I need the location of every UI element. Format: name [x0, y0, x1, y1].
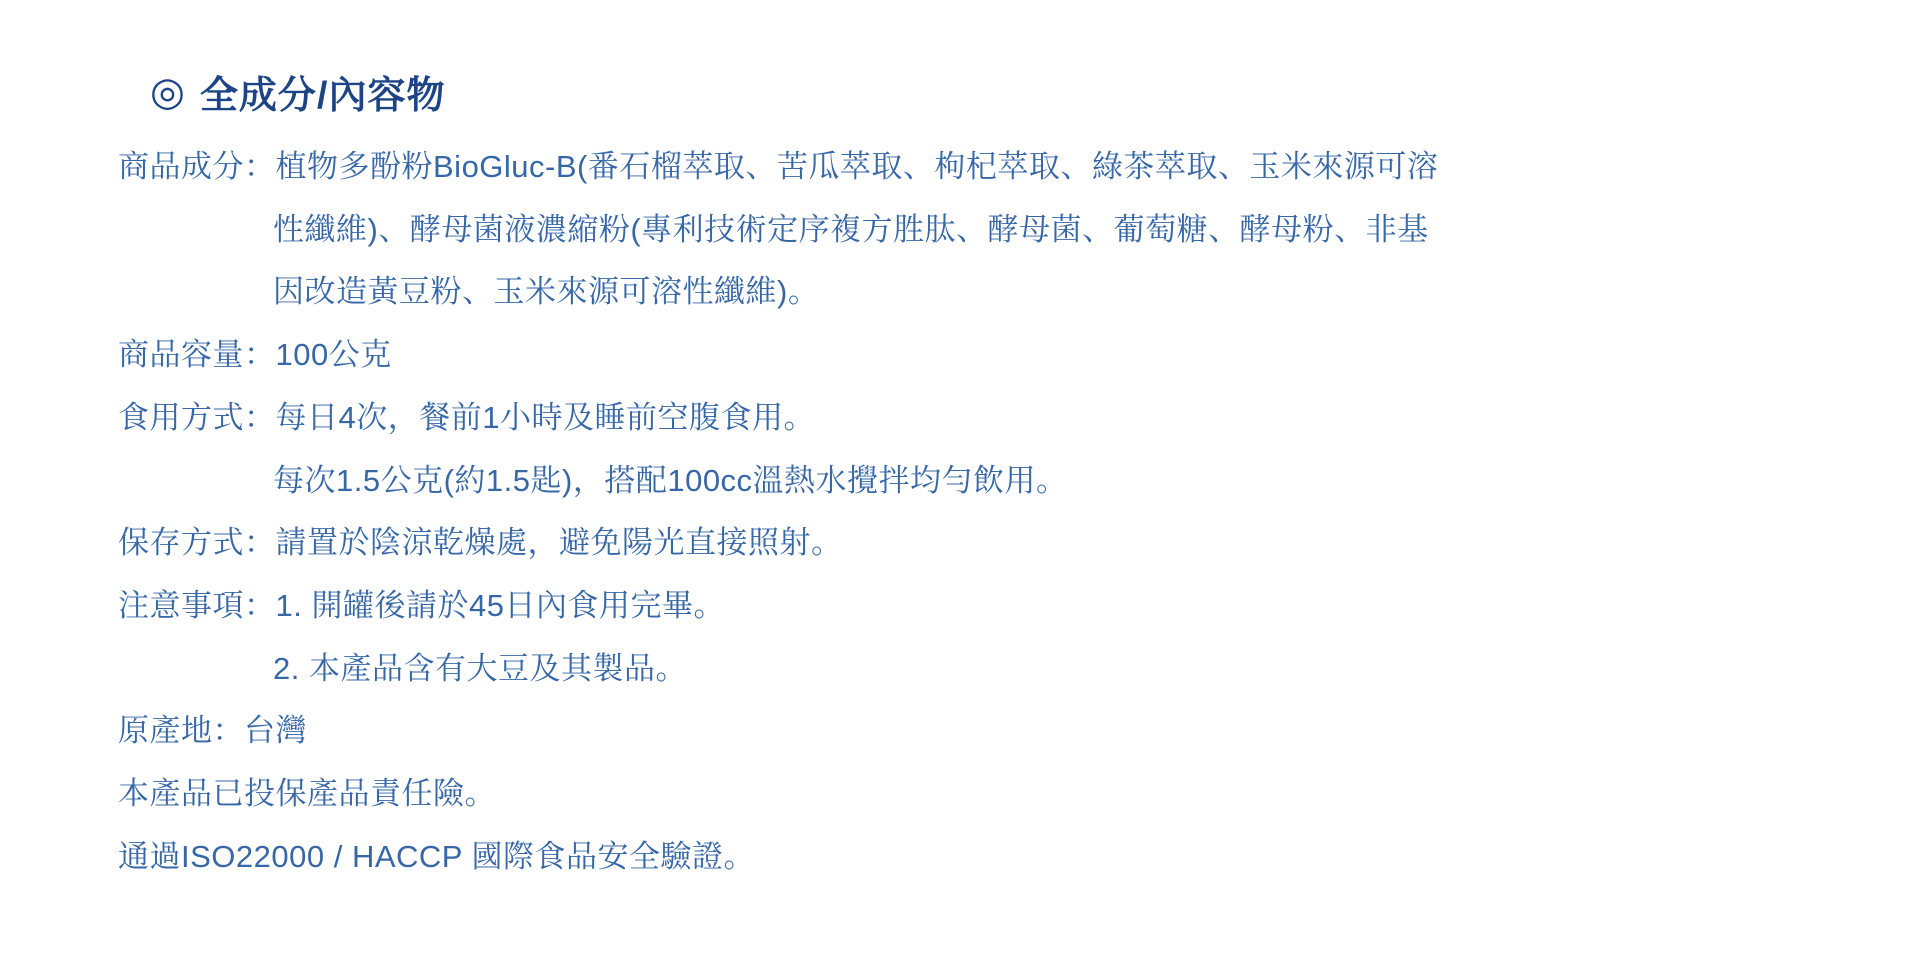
detail-text: 100公克 — [276, 337, 392, 372]
detail-line: 食用方式：每日4次，餐前1小時及睡前空腹食用。 — [118, 387, 1878, 450]
detail-text: 植物多酚粉BioGluc-B(番石榴萃取、苦瓜萃取、枸杞萃取、綠茶萃取、玉米來源… — [276, 149, 1439, 184]
section-title: 全成分/內容物 — [200, 64, 446, 119]
detail-text: 每日4次，餐前1小時及睡前空腹食用。 — [276, 400, 815, 435]
detail-text: 1. 開罐後請於45日內食用完畢。 — [276, 588, 725, 623]
detail-line: 2. 本產品含有大豆及其製品。 — [118, 638, 1878, 701]
product-details: 商品成分：植物多酚粉BioGluc-B(番石榴萃取、苦瓜萃取、枸杞萃取、綠茶萃取… — [118, 136, 1878, 888]
detail-line: 商品容量：100公克 — [118, 324, 1878, 387]
detail-line: 商品成分：植物多酚粉BioGluc-B(番石榴萃取、苦瓜萃取、枸杞萃取、綠茶萃取… — [118, 136, 1878, 199]
detail-line: 注意事項：1. 開罐後請於45日內食用完畢。 — [118, 575, 1878, 638]
detail-text: 因改造黃豆粉、玉米來源可溶性纖維)。 — [273, 274, 819, 309]
detail-text: 台灣 — [244, 713, 307, 748]
detail-label: 注意事項： — [118, 588, 276, 623]
detail-text: 2. 本產品含有大豆及其製品。 — [273, 651, 687, 686]
section-heading: ◎ 全成分/內容物 — [150, 64, 445, 119]
detail-text: 請置於陰涼乾燥處，避免陽光直接照射。 — [276, 525, 843, 560]
detail-line: 因改造黃豆粉、玉米來源可溶性纖維)。 — [118, 261, 1878, 324]
detail-text: 每次1.5公克(約1.5匙)，搭配100cc溫熱水攪拌均勻飲用。 — [273, 463, 1068, 498]
detail-label: 商品容量： — [118, 337, 276, 372]
detail-line: 每次1.5公克(約1.5匙)，搭配100cc溫熱水攪拌均勻飲用。 — [118, 450, 1878, 513]
detail-line: 本產品已投保產品責任險。 — [118, 763, 1878, 826]
detail-label: 食用方式： — [118, 400, 276, 435]
product-info-page: ◎ 全成分/內容物 商品成分：植物多酚粉BioGluc-B(番石榴萃取、苦瓜萃取… — [0, 0, 1920, 960]
detail-text: 通過ISO22000 / HACCP 國際食品安全驗證。 — [118, 839, 755, 874]
detail-label: 原產地： — [118, 713, 244, 748]
detail-line: 原產地：台灣 — [118, 700, 1878, 763]
detail-line: 保存方式：請置於陰涼乾燥處，避免陽光直接照射。 — [118, 512, 1878, 575]
detail-line: 性纖維)、酵母菌液濃縮粉(專利技術定序複方胜肽、酵母菌、葡萄糖、酵母粉、非基 — [118, 199, 1878, 262]
detail-text: 性纖維)、酵母菌液濃縮粉(專利技術定序複方胜肽、酵母菌、葡萄糖、酵母粉、非基 — [273, 212, 1429, 247]
detail-line: 通過ISO22000 / HACCP 國際食品安全驗證。 — [118, 826, 1878, 889]
double-circle-bullet-icon: ◎ — [150, 72, 186, 112]
detail-label: 商品成分： — [118, 149, 276, 184]
detail-label: 保存方式： — [118, 525, 276, 560]
detail-text: 本產品已投保產品責任險。 — [118, 776, 496, 811]
